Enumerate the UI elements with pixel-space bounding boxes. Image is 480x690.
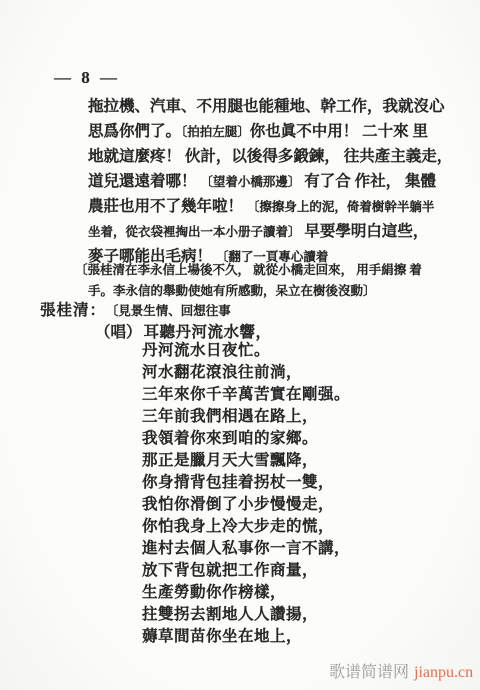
speaker-row: 張桂清：〔見景生情、回想往事 xyxy=(40,298,231,320)
lyric-line: 丹河流水日夜忙。 xyxy=(142,338,350,360)
dialogue-line: 思爲你們了。〔拍拍左腿〕你也眞不中用！ 二十來 里 xyxy=(88,119,452,144)
dialogue-line: 農莊也用不了幾年啦！ 〔擦擦身上的泥，倚着樹幹半躺半 xyxy=(88,194,452,219)
lyric-line: 放下背包就把工作商量， xyxy=(142,558,350,580)
dialogue-text: 地就這麼疼！ 伙計，以後得多鍛鍊， 往共產主義走， xyxy=(88,148,452,165)
lyric-line: 生產勞動你作榜樣， xyxy=(142,580,350,602)
lyric-line: 進村去個人私事你一言不講， xyxy=(142,536,350,558)
stage-note-inline: 〔拍拍左腿〕 xyxy=(181,125,250,139)
dialogue-line: 拖拉機、汽車、不用腿也能種地、幹工作，我就沒心 xyxy=(88,94,452,119)
lyrics-block: 丹河流水日夜忙。 河水翻花滾浪往前淌， 三年來你千辛萬苦實在剛强。 三年前我們相… xyxy=(142,338,350,646)
lyric-line: 那正是臘月天大雪飄降， xyxy=(142,448,350,470)
dialogue-line: 坐着，從衣袋裡掏出一本小册子讀着〕 早要學明白這些， xyxy=(88,219,452,244)
stage-note-inline: 〔望着小橋那邊〕 xyxy=(200,175,300,189)
lyric-line: 我怕你滑倒了小步慢慢走， xyxy=(142,492,350,514)
lyric-line: 薅草間苗你坐在地上， xyxy=(142,624,350,646)
lyric-line: 三年來你千辛萬苦實在剛强。 xyxy=(142,382,350,404)
dialogue-text: 拖拉機、汽車、不用腿也能種地、幹工作，我就沒心 xyxy=(88,98,445,115)
dialogue-line: 道兒還遠着哪！ 〔望着小橋那邊〕 有了合 作社， 集體 xyxy=(88,169,452,194)
lyric-line: 你怕我身上冷大步走的慌， xyxy=(142,514,350,536)
lyric-line: 拄雙拐去割地人人讚揚， xyxy=(142,602,350,624)
dialogue-text: 你也眞不中用！ 二十來 里 xyxy=(250,123,428,140)
watermark-site-url: jianpu.cn xyxy=(414,664,473,681)
page-number: — 8 — xyxy=(54,68,120,88)
dialogue-text: 農莊也用不了幾年啦！ xyxy=(88,198,247,215)
dialogue-text: 思爲你們了。 xyxy=(88,123,181,140)
dialogue-block: 拖拉機、汽車、不用腿也能種地、幹工作，我就沒心 思爲你們了。〔拍拍左腿〕你也眞不… xyxy=(88,94,452,269)
dialogue-text: 道兒還遠着哪！ xyxy=(88,173,200,190)
stage-direction-line: 〔張桂清在李永信上場後不久， 就從小橋走回來， 用手絹擦 着 xyxy=(75,260,422,281)
watermark-site-name: 歌谱简谱网 xyxy=(329,664,409,681)
speaker-name: 張桂清： xyxy=(40,302,106,319)
lyric-line: 河水翻花滾浪往前淌， xyxy=(142,360,350,382)
dialogue-text: 有了合 作社， 集體 xyxy=(300,173,436,190)
site-watermark: 歌谱简谱网jianpu.cn xyxy=(329,659,473,682)
score-page: — 8 — 拖拉機、汽車、不用腿也能種地、幹工作，我就沒心 思爲你們了。〔拍拍左… xyxy=(0,0,480,690)
lyric-line: 你身揹背包挂着拐杖一雙， xyxy=(142,470,350,492)
dialogue-text: 早要學明白這些， xyxy=(301,223,429,240)
lyric-line: 三年前我們相遇在路上， xyxy=(142,404,350,426)
lyric-line: 我領着你來到咱的家鄉。 xyxy=(142,426,350,448)
stage-note-inline: 坐着，從衣袋裡掏出一本小册子讀着〕 xyxy=(88,225,301,239)
stage-note-inline: 〔擦擦身上的泥，倚着樹幹半躺半 xyxy=(247,200,435,214)
stage-direction-block: 〔張桂清在李永信上場後不久， 就從小橋走回來， 用手絹擦 着 手。李永信的舉動使… xyxy=(88,260,422,302)
sing-cue-label: （唱） xyxy=(95,324,142,341)
dialogue-line: 地就這麼疼！ 伙計，以後得多鍛鍊， 往共產主義走， xyxy=(88,144,452,169)
speaker-action-note: 〔見景生情、回想往事 xyxy=(112,304,231,318)
